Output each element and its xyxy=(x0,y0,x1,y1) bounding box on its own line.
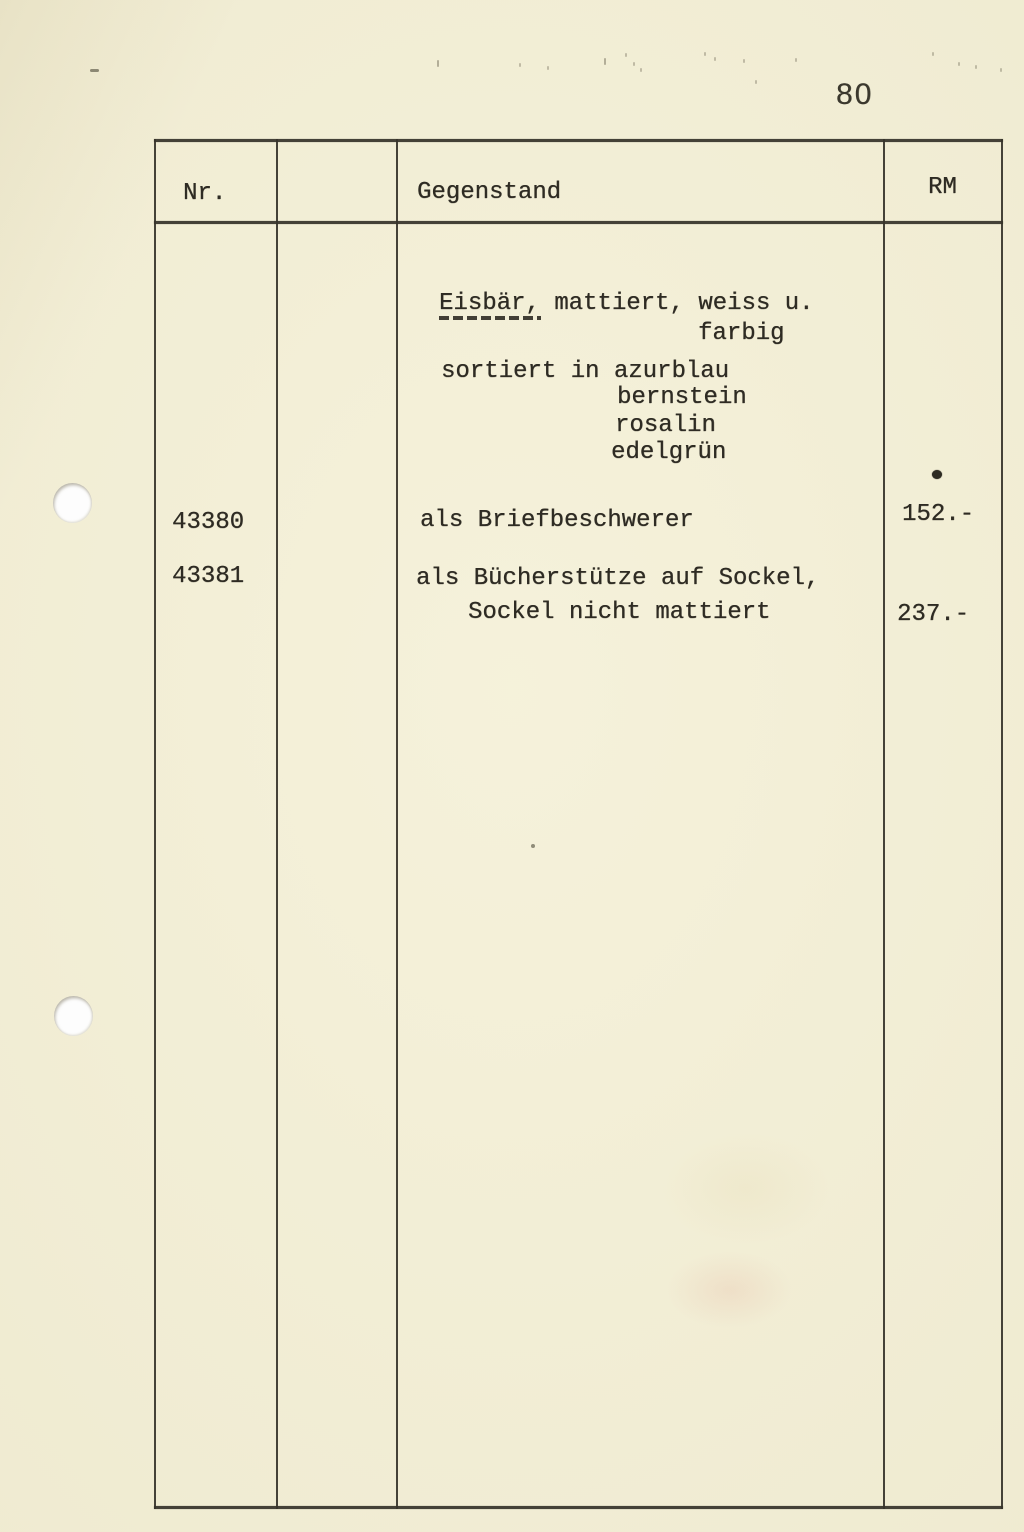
column-header-nr: Nr. xyxy=(183,180,226,208)
item-price: 237.- xyxy=(897,601,969,629)
item-description2: Sockel nicht mattiert xyxy=(468,599,770,627)
scan-artifact-tick xyxy=(932,52,934,56)
table-border-left xyxy=(154,139,156,1509)
scan-artifact-tick xyxy=(714,57,716,61)
item-group-title: Eisbär, mattiert, weiss u. xyxy=(439,290,813,318)
column-divider-2 xyxy=(396,139,398,1509)
table-border-top xyxy=(154,139,1003,142)
header-separator xyxy=(154,221,1003,224)
assortment-color: bernstein xyxy=(617,384,747,412)
scan-artifact-tick xyxy=(795,58,797,62)
scan-artifact-speck xyxy=(90,69,99,72)
page-number: 80 xyxy=(836,80,873,110)
column-divider-1 xyxy=(276,139,278,1509)
scan-artifact-speck xyxy=(531,844,535,848)
column-divider-3 xyxy=(883,139,885,1509)
item-description: als Briefbeschwerer xyxy=(420,507,694,535)
assortment-color: edelgrün xyxy=(611,439,726,467)
item-group-title-cont: farbig xyxy=(698,320,784,348)
ink-dot xyxy=(932,470,942,479)
punch-hole-bottom xyxy=(54,996,93,1036)
item-price: 152.- xyxy=(902,501,974,529)
scan-artifact-tick xyxy=(755,80,757,84)
dashed-underline xyxy=(439,316,541,320)
scan-artifact-tick xyxy=(704,52,706,56)
table-border-bottom xyxy=(154,1506,1003,1509)
column-header-rm: RM xyxy=(928,174,957,202)
table-border-right xyxy=(1001,139,1003,1509)
item-description: als Bücherstütze auf Sockel, xyxy=(416,565,819,593)
item-number: 43381 xyxy=(172,563,244,591)
assortment-color: rosalin xyxy=(615,412,716,440)
item-number: 43380 xyxy=(172,509,244,537)
scan-artifact-tick xyxy=(633,62,635,66)
scan-artifact-tick xyxy=(975,65,977,69)
scanned-page: 80 Nr. Gegenstand RM Eisbär, mattiert, w… xyxy=(0,0,1024,1532)
scan-artifact-tick xyxy=(625,53,627,57)
scan-artifact-tick xyxy=(1000,68,1002,72)
scan-artifact-tick xyxy=(640,68,642,72)
scan-artifact-tick xyxy=(604,58,606,65)
scan-artifact-tick xyxy=(547,66,549,70)
scan-artifact-tick xyxy=(437,60,439,67)
assortment-line: sortiert in azurblau xyxy=(441,358,729,386)
punch-hole-top xyxy=(53,483,92,523)
column-header-gegenstand: Gegenstand xyxy=(417,179,561,207)
scan-artifact-tick xyxy=(958,62,960,66)
scan-artifact-tick xyxy=(519,63,521,67)
scan-artifact-tick xyxy=(743,59,745,63)
